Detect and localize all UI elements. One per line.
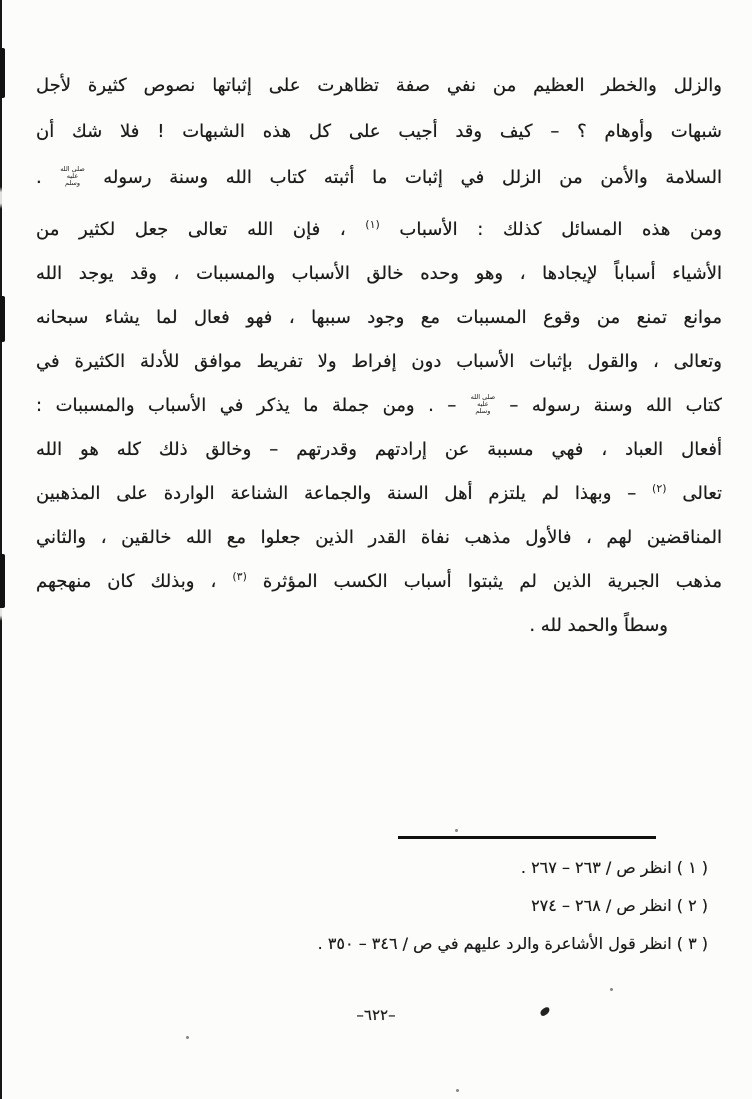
text-line: والزلل والخطر العظيم من نفي صفة تظاهرت ع… bbox=[36, 63, 722, 109]
footnote-line: ( ٢ ) انظر ص / ٢٦٨ – ٢٧٤ bbox=[36, 887, 708, 925]
text-line: موانع تمنع من وقوع المسببات مع وجود سببه… bbox=[36, 296, 722, 340]
text-line: السلامة والأمن من الزلل في إثبات ما أثبت… bbox=[36, 155, 722, 201]
ink-blot bbox=[539, 1006, 551, 1016]
scanned-page: والزلل والخطر العظيم من نفي صفة تظاهرت ع… bbox=[0, 0, 752, 1099]
text-line: تعالى (٢) – وبهذا لم يلتزم أهل السنة وال… bbox=[36, 472, 722, 516]
text-line: مذهب الجبرية الذين لم يثبتوا أسباب الكسب… bbox=[36, 560, 722, 604]
paragraph-1: والزلل والخطر العظيم من نفي صفة تظاهرت ع… bbox=[36, 63, 722, 201]
footnote-separator-rule bbox=[398, 836, 656, 839]
paragraph-2: ومن هذه المسائل كذلك : الأسباب (١) ، فإن… bbox=[36, 208, 722, 648]
text-line: وتعالى ، والقول بإثبات الأسباب دون إفراط… bbox=[36, 340, 722, 384]
pbuh-seal-text: عليه وسلم bbox=[470, 401, 496, 415]
pbuh-seal-icon: صلى اللهعليه وسلم bbox=[470, 394, 496, 415]
page-number: –٦٢٢– bbox=[326, 1004, 426, 1026]
footnote-marker: (٢) bbox=[652, 482, 667, 495]
footnotes: ( ١ ) انظر ص / ٢٦٣ – ٢٦٧ . ( ٢ ) انظر ص … bbox=[36, 849, 708, 963]
text-line: وسطاً والحمد لله . bbox=[36, 604, 722, 648]
footnote-line: ( ٣ ) انظر قول الأشاعرة والرد عليهم في ص… bbox=[36, 925, 708, 963]
footnote-marker: (٣) bbox=[232, 570, 247, 583]
scan-speck bbox=[610, 988, 613, 991]
scan-edge-blob bbox=[0, 554, 5, 608]
scan-speck bbox=[456, 1089, 459, 1092]
text-line: الأشياء أسباباً لإيجادها ، وهو وحده خالق… bbox=[36, 252, 722, 296]
text-line: شبهات وأوهام ؟ – كيف وقد أجيب على كل هذه… bbox=[36, 109, 722, 155]
pbuh-seal-icon: صلى اللهعليه وسلم bbox=[59, 166, 85, 187]
scan-edge-artifact bbox=[0, 0, 2, 1099]
scan-edge-blob bbox=[0, 48, 5, 98]
scan-speck bbox=[455, 829, 458, 832]
text-line: أفعال العباد ، فهي مسببة عن إرادتهم وقدر… bbox=[36, 428, 722, 472]
pbuh-seal-text: عليه وسلم bbox=[59, 173, 85, 187]
footnote-line: ( ١ ) انظر ص / ٢٦٣ – ٢٦٧ . bbox=[36, 849, 708, 887]
text-line: المناقضين لهم ، فالأول مذهب نفاة القدر ا… bbox=[36, 516, 722, 560]
text-line: ومن هذه المسائل كذلك : الأسباب (١) ، فإن… bbox=[36, 208, 722, 252]
scan-speck bbox=[186, 1036, 189, 1039]
footnote-marker: (١) bbox=[365, 218, 380, 231]
scan-edge-blob bbox=[0, 296, 5, 342]
text-line: كتاب الله وسنة رسوله – صلى اللهعليه وسلم… bbox=[36, 384, 722, 428]
